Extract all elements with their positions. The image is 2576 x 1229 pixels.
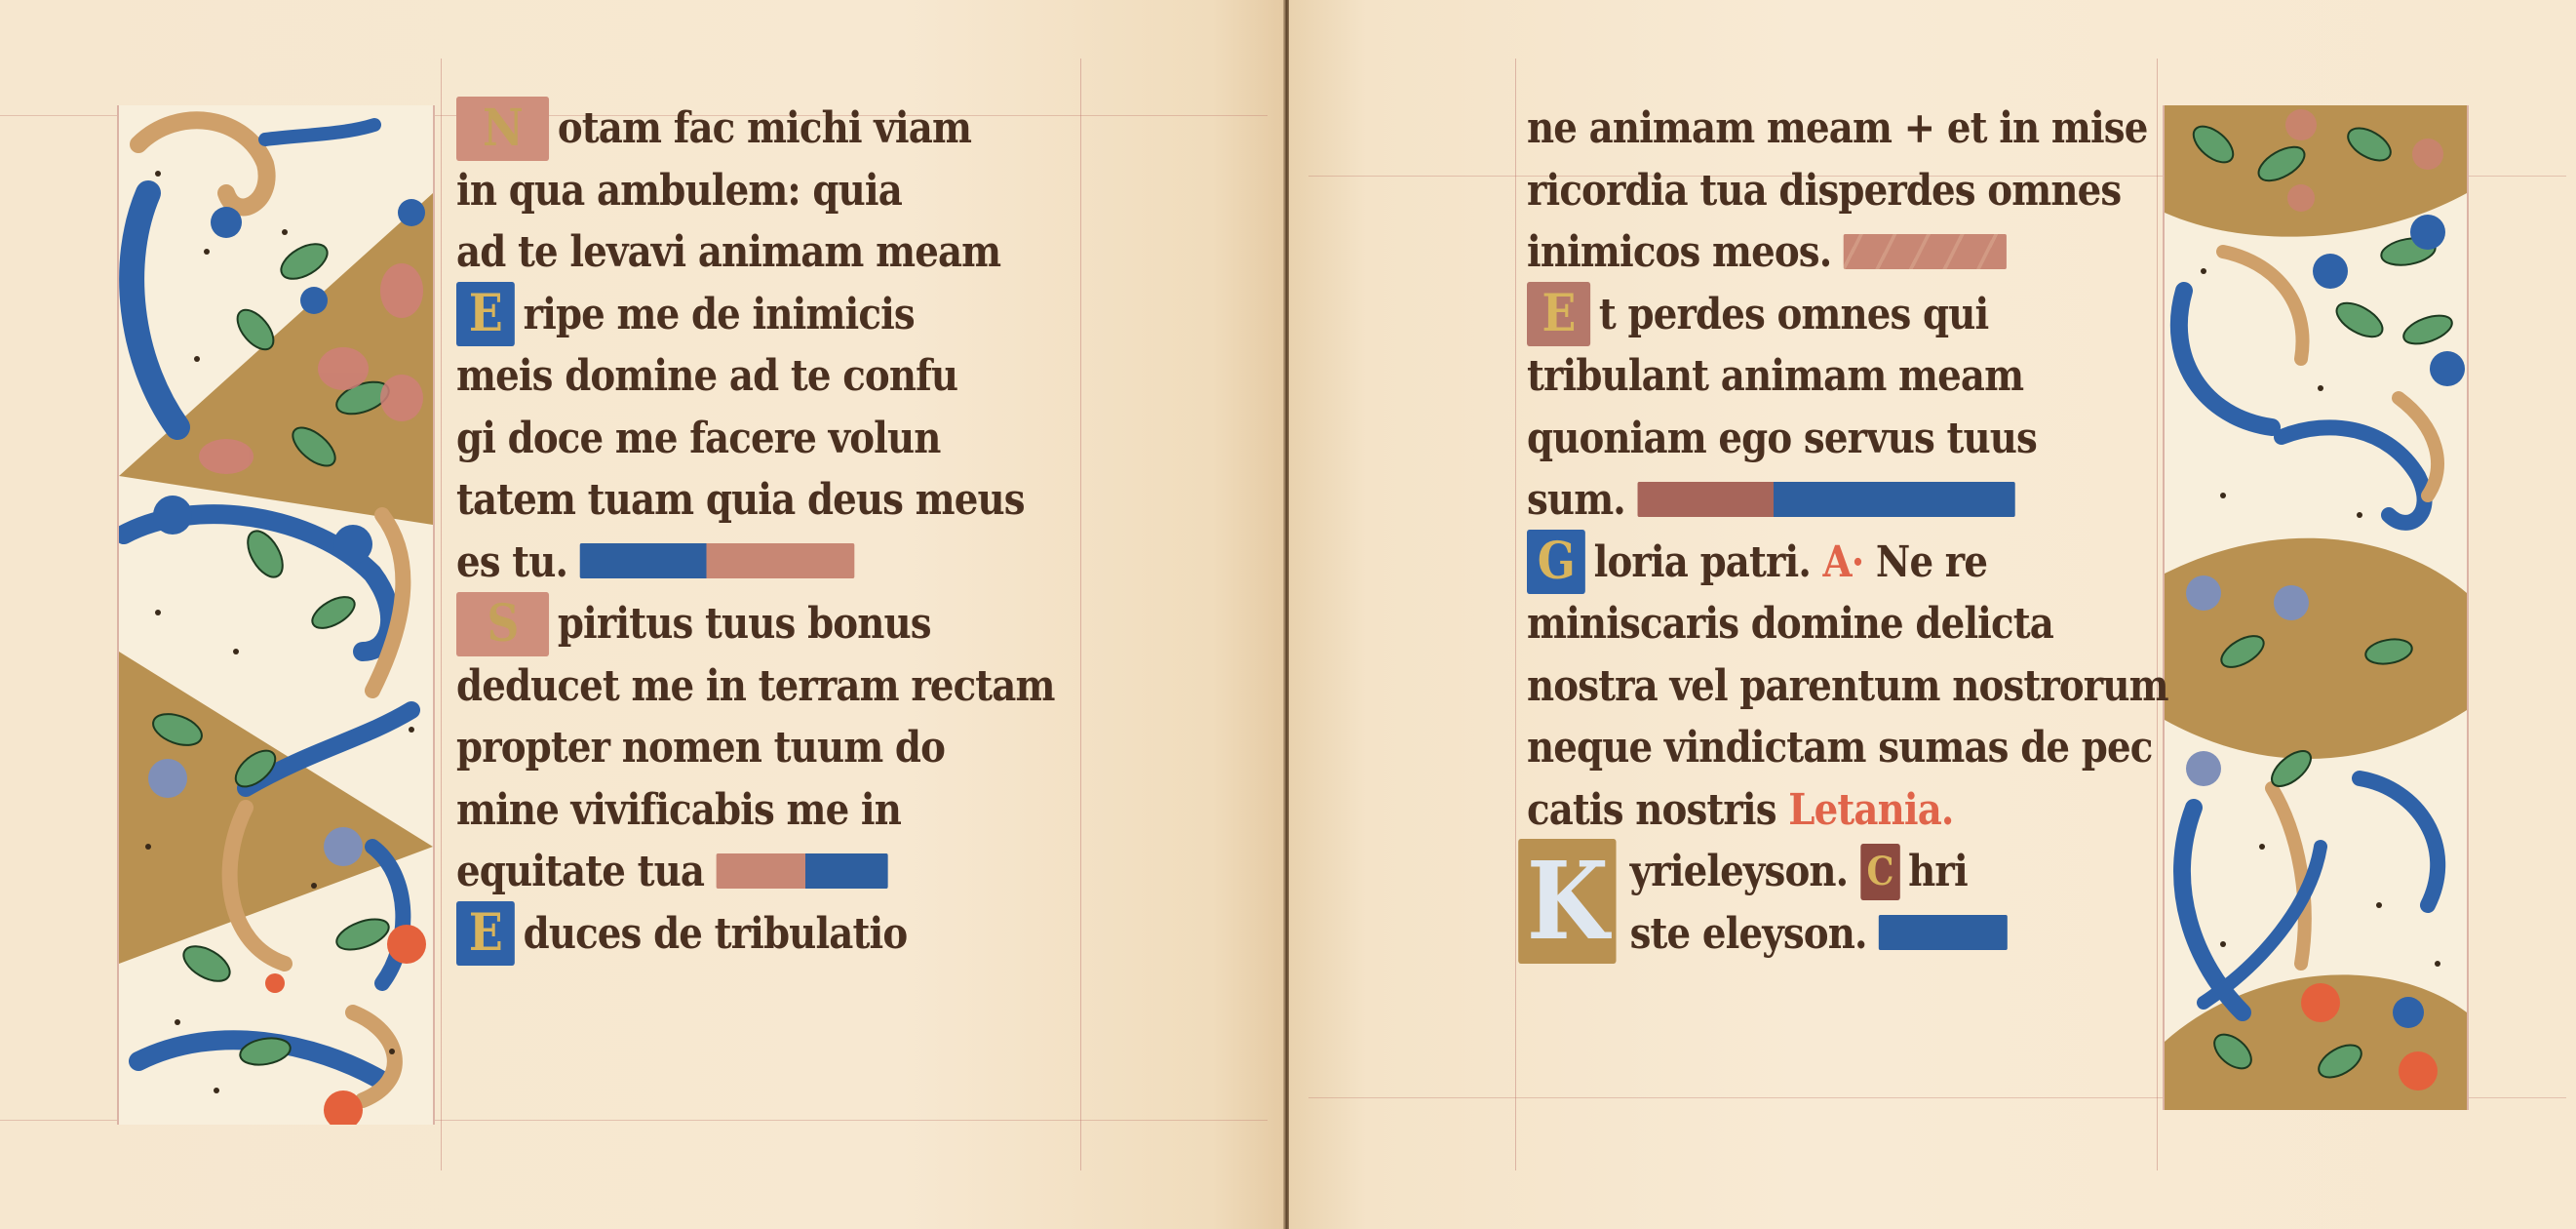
right-page: ne animam meam + et in mise ricordia tua…: [1289, 0, 2576, 1229]
line-text: yrieleyson.: [1630, 847, 1849, 896]
text-line: Gloria patri. A· Ne re: [1527, 532, 2076, 594]
line-text: sum.: [1527, 475, 1625, 525]
line-text: otam fac michi viam: [558, 103, 971, 153]
line-text: propter nomen tuum do: [456, 723, 945, 773]
line-text: loria patri.: [1594, 537, 1811, 587]
line-text: Ne re: [1876, 537, 1987, 587]
text-line: equitate tua: [456, 841, 1014, 903]
line-text: catis nostris: [1527, 785, 1776, 835]
text-line: tatem tuam quia deus meus: [456, 469, 1014, 532]
rubric-heading-letania: Letania.: [1788, 785, 1953, 835]
line-filler-ornament: [717, 853, 888, 889]
left-floral-border: [117, 105, 435, 1125]
line-text: quoniam ego servus tuus: [1527, 414, 2037, 463]
line-text: ripe me de inimicis: [524, 290, 915, 339]
illuminated-initial-g: G: [1527, 530, 1585, 594]
text-line: Eripe me de inimicis: [456, 284, 1014, 346]
acanthus-floral-decoration-icon: [2165, 105, 2467, 1110]
line-text: piritus tuus bonus: [558, 599, 931, 649]
text-line: quoniam ego servus tuus: [1527, 408, 2076, 470]
text-line: Educes de tribulatio: [456, 903, 1014, 966]
acanthus-floral-decoration-icon: [119, 105, 433, 1125]
illuminated-initial-s: S: [456, 592, 549, 656]
line-text: miniscaris domine delicta: [1527, 599, 2053, 649]
text-line: Et perdes omnes qui: [1527, 284, 2076, 346]
line-text: es tu.: [456, 537, 567, 587]
text-line: neque vindictam sumas de pec: [1527, 717, 2076, 779]
line-text: gi doce me facere volun: [456, 414, 941, 463]
illuminated-initial-e: E: [1527, 282, 1590, 346]
illuminated-initial-e: E: [456, 282, 515, 346]
text-line: mine vivificabis me in: [456, 779, 1014, 842]
line-text: equitate tua: [456, 847, 704, 896]
text-line: tribulant animam meam: [1527, 345, 2076, 408]
right-floral-border: [2163, 105, 2469, 1110]
line-text: tribulant animam meam: [1527, 351, 2023, 401]
illuminated-initial-c: C: [1860, 844, 1899, 900]
line-text: duces de tribulatio: [524, 909, 908, 959]
line-text: ne animam meam + et in mise: [1527, 103, 2147, 153]
text-line: deducet me in terram rectam: [456, 655, 1014, 718]
line-filler-ornament: [1879, 915, 2008, 950]
line-filler-ornament: [580, 543, 855, 578]
text-line: catis nostris Letania.: [1527, 779, 2076, 842]
illuminated-initial-e: E: [456, 901, 515, 966]
line-text: nostra vel parentum nostrorum: [1527, 661, 2168, 711]
line-text: hri: [1908, 847, 1968, 896]
left-page: Notam fac michi viam in qua ambulem: qui…: [0, 0, 1289, 1229]
line-text: meis domine ad te confu: [456, 351, 957, 401]
text-line: Spiritus tuus bonus: [456, 593, 1014, 655]
line-filler-ornament: [1844, 234, 2007, 269]
text-line: ne animam meam + et in mise: [1527, 98, 2076, 160]
text-line: Notam fac michi viam: [456, 98, 1014, 160]
line-text: t perdes omnes qui: [1599, 290, 1988, 339]
text-line: miniscaris domine delicta: [1527, 593, 2076, 655]
line-text: neque vindictam sumas de pec: [1527, 723, 2152, 773]
line-filler-ornament: [1637, 482, 2014, 517]
line-text: deducet me in terram rectam: [456, 661, 1055, 711]
text-line: Kyrieleyson. Chri: [1527, 841, 2076, 903]
line-text: mine vivificabis me in: [456, 785, 901, 835]
line-text: ste eleyson.: [1630, 909, 1867, 959]
line-text: in qua ambulem: quia: [456, 166, 902, 216]
text-line: ad te levavi animam meam: [456, 221, 1014, 284]
line-text: ricordia tua disperdes omnes: [1527, 166, 2121, 216]
text-line: in qua ambulem: quia: [456, 160, 1014, 222]
text-line: gi doce me facere volun: [456, 408, 1014, 470]
right-text-block: ne animam meam + et in mise ricordia tua…: [1527, 98, 2151, 965]
text-line: nostra vel parentum nostrorum: [1527, 655, 2076, 718]
illuminated-initial-n: N: [456, 97, 549, 161]
line-text: ad te levavi animam meam: [456, 227, 1000, 277]
rubric-antiphon-mark: A·: [1823, 537, 1864, 587]
line-text: inimicos meos.: [1527, 227, 1831, 277]
text-line: es tu.: [456, 532, 1014, 594]
text-line: sum.: [1527, 469, 2076, 532]
manuscript-spread: Notam fac michi viam in qua ambulem: qui…: [0, 0, 2576, 1229]
text-line: meis domine ad te confu: [456, 345, 1014, 408]
text-line: propter nomen tuum do: [456, 717, 1014, 779]
line-text: tatem tuam quia deus meus: [456, 475, 1025, 525]
left-text-block: Notam fac michi viam in qua ambulem: qui…: [456, 98, 1090, 965]
text-line: inimicos meos.: [1527, 221, 2076, 284]
text-line: ricordia tua disperdes omnes: [1527, 160, 2076, 222]
text-line: ste eleyson.: [1527, 903, 2076, 966]
